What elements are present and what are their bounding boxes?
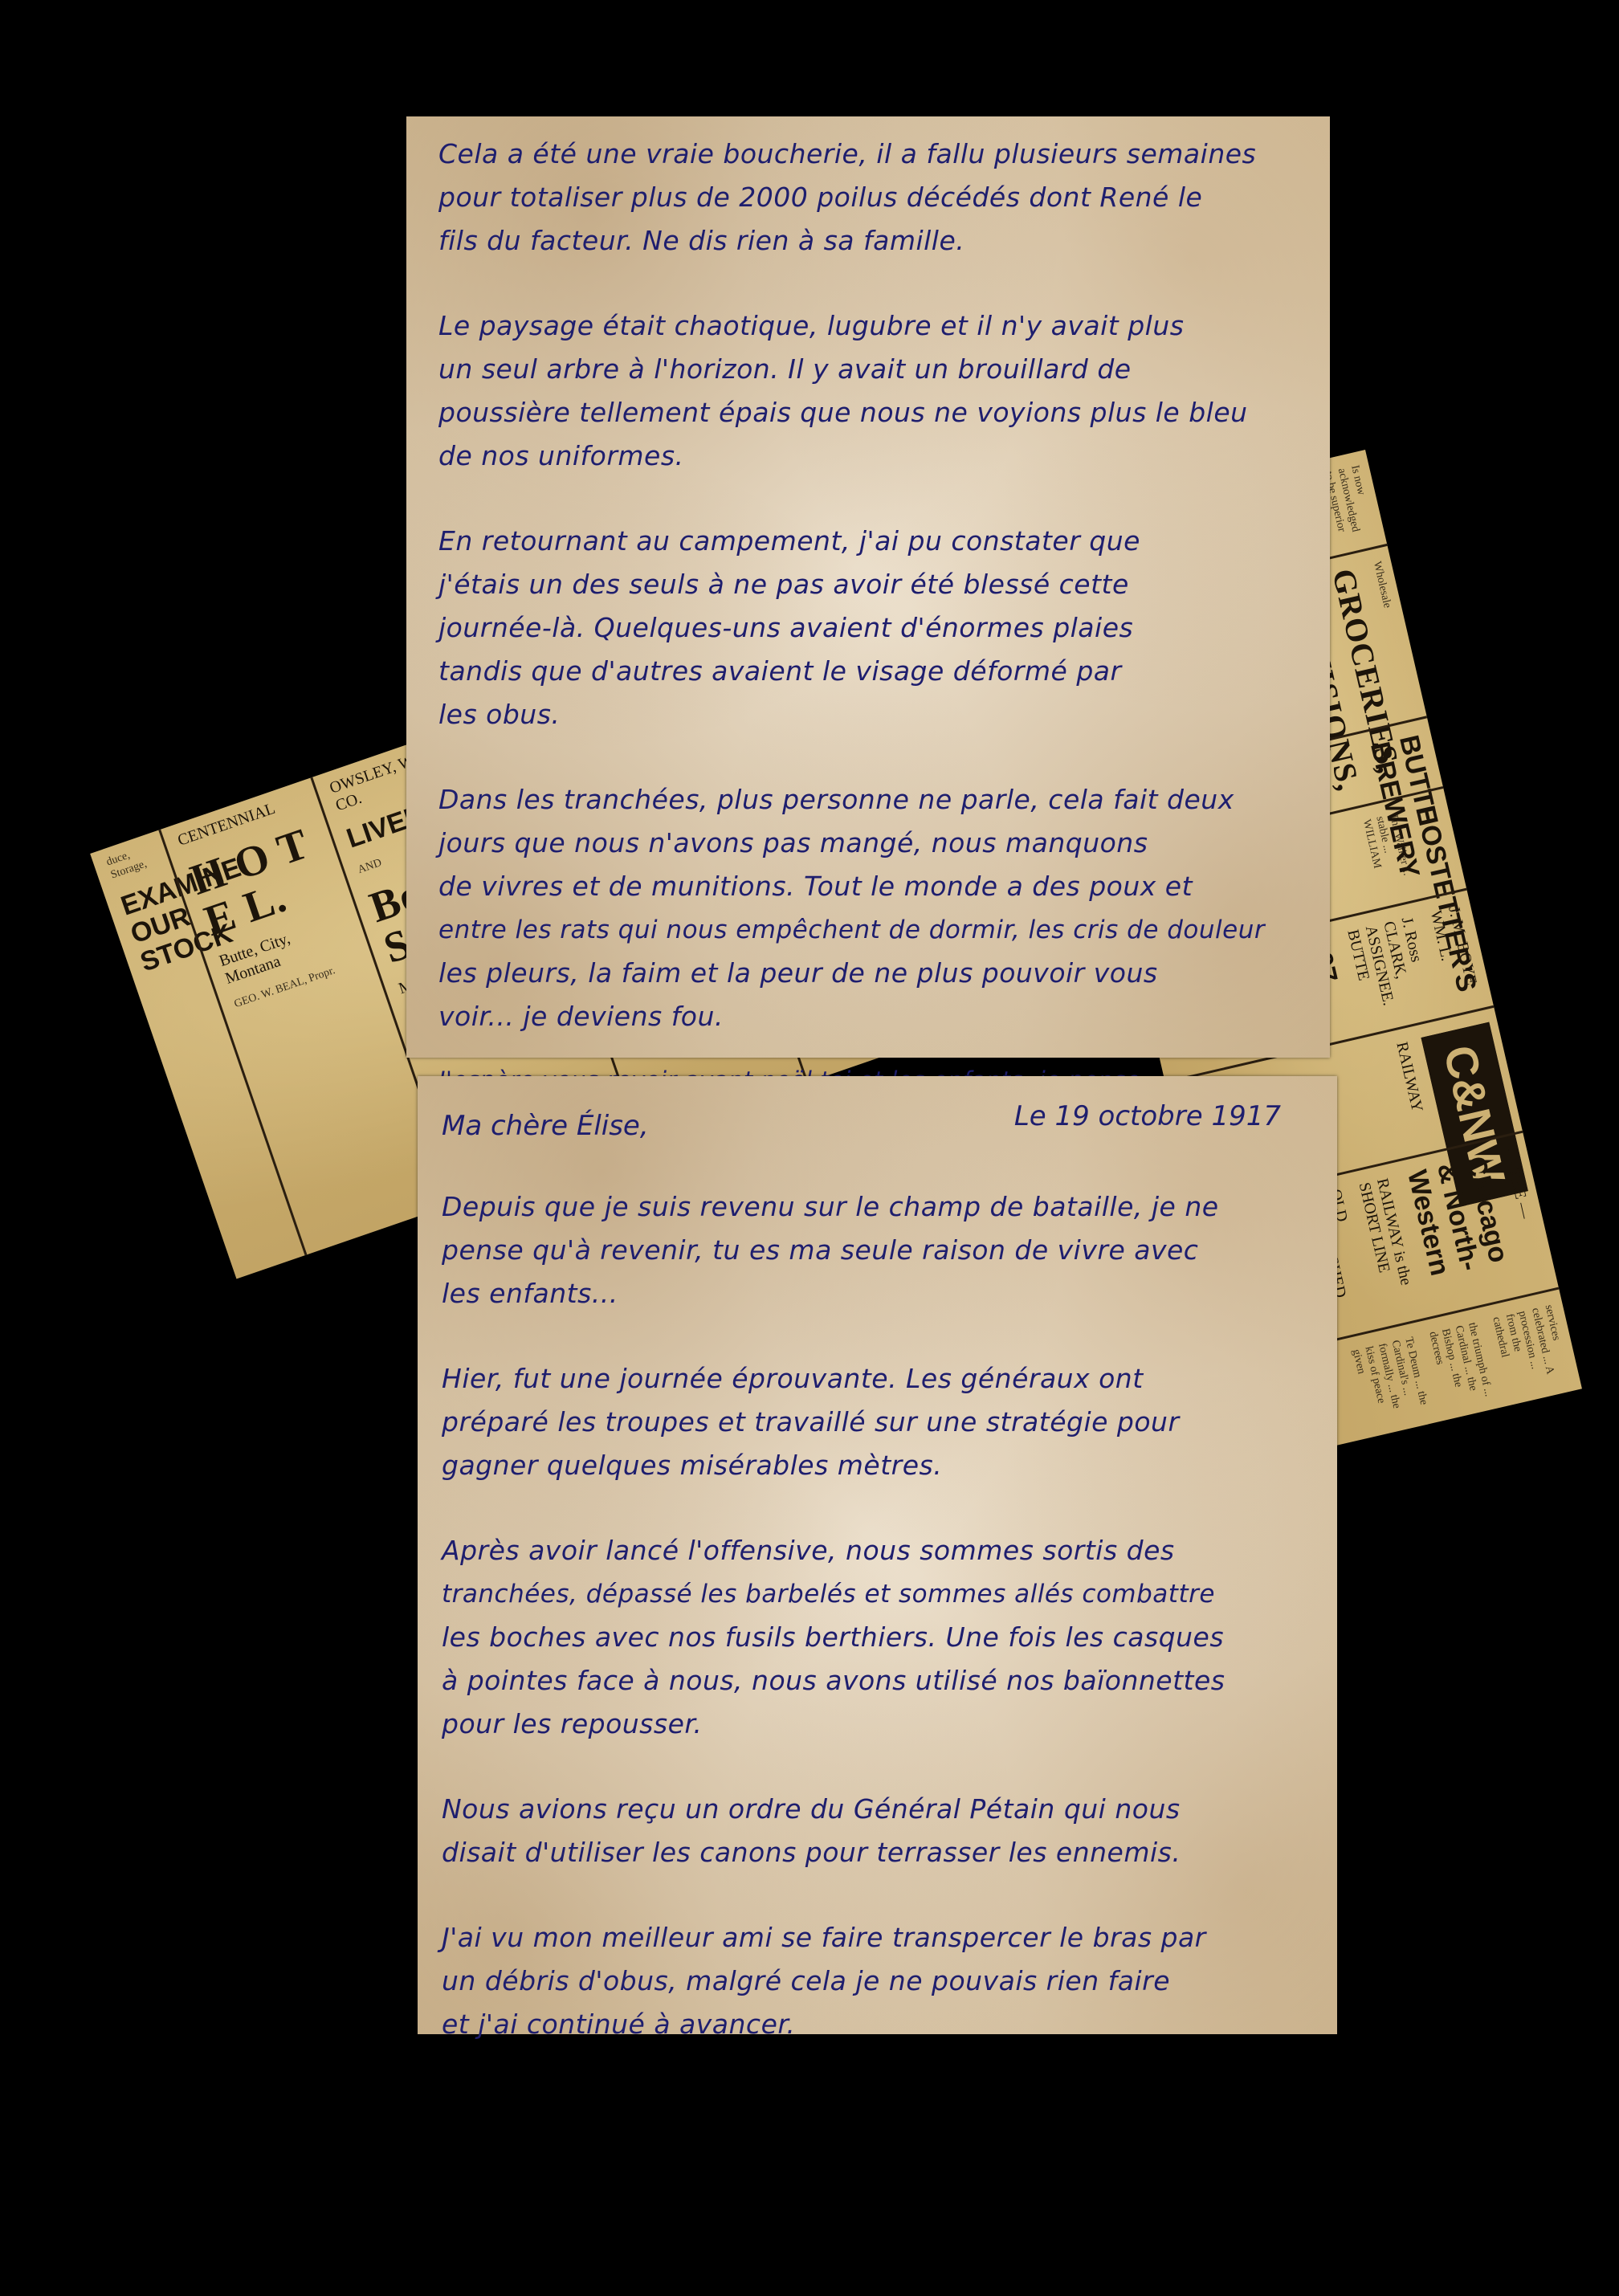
handwritten-line: Nous avions reçu un ordre du Général Pét… bbox=[442, 1788, 1313, 1831]
handwritten-line: gagner quelques misérables mètres. bbox=[442, 1444, 1313, 1487]
letter-page-top: Cela a été une vraie boucherie, il a fal… bbox=[406, 116, 1330, 1058]
newspaper-headline: HOSTETTER'S bbox=[1409, 803, 1456, 884]
handwritten-line: à pointes face à nous, nous avons utilis… bbox=[442, 1659, 1313, 1703]
handwritten-line: disait d'utiliser les canons pour terras… bbox=[442, 1831, 1313, 1874]
handwritten-line: un débris d'obus, malgré cela je ne pouv… bbox=[442, 1960, 1313, 2003]
newspaper-text: The Walker ... stable ... WILLIAM bbox=[1359, 812, 1415, 895]
handwritten-line: pense qu'à revenir, tu es ma seule raiso… bbox=[442, 1229, 1313, 1272]
handwritten-line: et j'ai continué à avancer. bbox=[442, 2003, 1313, 2046]
handwritten-line: pour totaliser plus de 2000 poilus décéd… bbox=[438, 176, 1306, 219]
handwritten-line: de vivres et de munitions. Tout le monde… bbox=[438, 865, 1306, 908]
handwritten-line: de nos uniformes. bbox=[438, 434, 1306, 478]
handwritten-line: un seul arbre à l'horizon. Il y avait un… bbox=[438, 348, 1306, 391]
handwritten-line: voir... je deviens fou. bbox=[438, 995, 1306, 1038]
letter-paragraph: Hier, fut une journée éprouvante. Les gé… bbox=[442, 1357, 1313, 1487]
letter-page-bottom: Ma chère Élise, Le 19 octobre 1917 Depui… bbox=[418, 1076, 1337, 2034]
newspaper-text: J. M. BOYE WM. L. bbox=[1426, 904, 1483, 1002]
handwritten-line: Après avoir lancé l'offensive, nous somm… bbox=[442, 1529, 1313, 1572]
newspaper-headline: BUTTE BREWERY bbox=[1364, 732, 1432, 789]
newspaper-text: J. Ross CLARK, ASSIGNEE. BUTTE bbox=[1343, 916, 1436, 1022]
handwritten-line: Cela a été une vraie boucherie, il a fal… bbox=[438, 133, 1306, 176]
handwritten-line: Hier, fut une journée éprouvante. Les gé… bbox=[442, 1357, 1313, 1401]
letter-paragraph: Nous avions reçu un ordre du Général Pét… bbox=[442, 1788, 1313, 1874]
newspaper-text: Te Deum ... the Cardinal's ... formally … bbox=[1348, 1336, 1431, 1425]
handwritten-line: préparé les troupes et travaillé sur une… bbox=[442, 1401, 1313, 1444]
handwritten-line: j'étais un des seuls à ne pas avoir été … bbox=[438, 563, 1306, 606]
letter-paragraph: Après avoir lancé l'offensive, nous somm… bbox=[442, 1529, 1313, 1746]
letter-paragraph: En retournant au campement, j'ai pu cons… bbox=[438, 520, 1306, 736]
handwritten-line: jours que nous n'avons pas mangé, nous m… bbox=[438, 822, 1306, 865]
handwritten-line: tranchées, dépassé les barbelés et somme… bbox=[442, 1572, 1313, 1616]
letter-header: Ma chère Élise, Le 19 octobre 1917 bbox=[442, 1100, 1313, 1142]
handwritten-line: J'ai vu mon meilleur ami se faire transp… bbox=[442, 1916, 1313, 1960]
handwritten-line: poussière tellement épais que nous ne vo… bbox=[438, 391, 1306, 434]
letter-paragraph: Cela a été une vraie boucherie, il a fal… bbox=[438, 133, 1306, 263]
handwritten-line: Le paysage était chaotique, lugubre et i… bbox=[438, 304, 1306, 348]
handwritten-line: les obus. bbox=[438, 693, 1306, 736]
handwritten-line: tandis que d'autres avaient le visage dé… bbox=[438, 650, 1306, 693]
letter-paragraph: Depuis que je suis revenu sur le champ d… bbox=[442, 1185, 1313, 1315]
letter-date: Le 19 octobre 1917 bbox=[1014, 1100, 1281, 1132]
letter-paragraph: Dans les tranchées, plus personne ne par… bbox=[438, 778, 1306, 1038]
handwritten-line: les pleurs, la faim et la peur de ne plu… bbox=[438, 952, 1306, 995]
handwritten-line: fils du facteur. Ne dis rien à sa famill… bbox=[438, 219, 1306, 263]
newspaper-text: the triumph of ... Cardinal ... the Bish… bbox=[1425, 1321, 1495, 1408]
newspaper-text: Chicago & North-Western bbox=[1401, 1154, 1519, 1303]
handwritten-line: les boches avec nos fusils berthiers. Un… bbox=[442, 1616, 1313, 1659]
salutation: Ma chère Élise, bbox=[442, 1110, 649, 1142]
letter-paragraph: Le paysage était chaotique, lugubre et i… bbox=[438, 304, 1306, 478]
letter-paragraph: J'ai vu mon meilleur ami se faire transp… bbox=[442, 1916, 1313, 2046]
handwritten-line: entre les rats qui nous empêchent de dor… bbox=[438, 908, 1306, 952]
handwritten-line: Depuis que je suis revenu sur le champ d… bbox=[442, 1185, 1313, 1229]
newspaper-text: services celebrated ... A procession ...… bbox=[1488, 1303, 1571, 1393]
handwritten-line: En retournant au campement, j'ai pu cons… bbox=[438, 520, 1306, 563]
handwritten-line: pour les repousser. bbox=[442, 1703, 1313, 1746]
handwritten-line: Dans les tranchées, plus personne ne par… bbox=[438, 778, 1306, 822]
handwritten-line: journée-là. Quelques-uns avaient d'énorm… bbox=[438, 606, 1306, 650]
newspaper-text: duce, Storage, bbox=[105, 842, 158, 883]
handwritten-line: les enfants... bbox=[442, 1272, 1313, 1315]
